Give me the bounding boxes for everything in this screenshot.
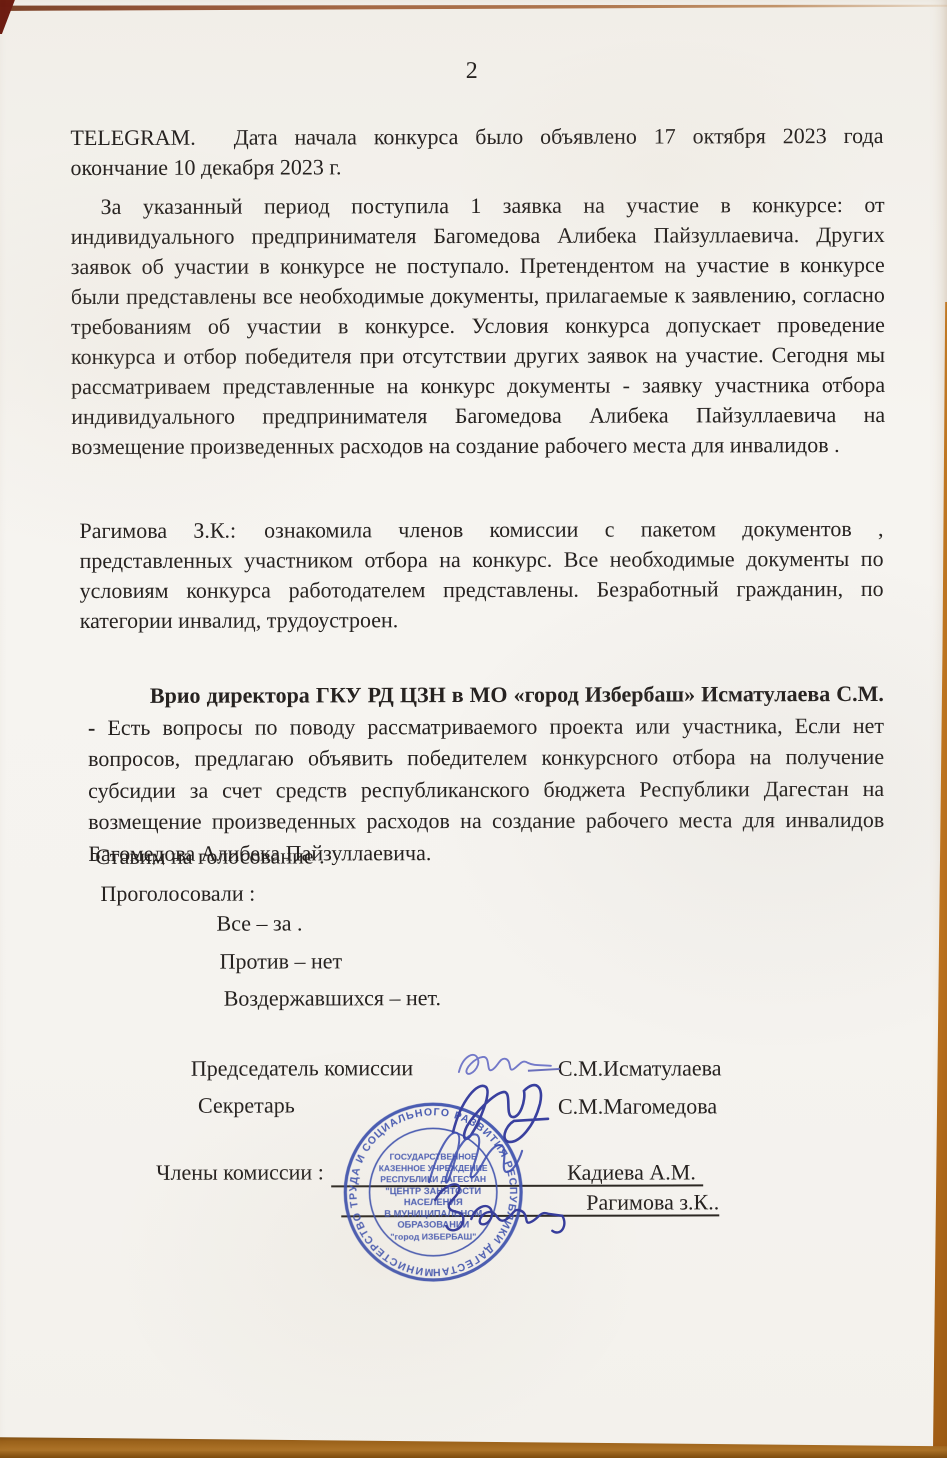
- vote-result-for: Все – за .: [216, 910, 302, 936]
- page-number: 2: [0, 57, 945, 86]
- vote-heading: Проголосовали :: [100, 881, 255, 907]
- chairman-label: Председатель комиссии: [191, 1055, 413, 1082]
- scanned-document-page: 2 TELEGRAM.Дата начала конкурса было объ…: [0, 0, 947, 1458]
- handwritten-signatures: [401, 1029, 742, 1245]
- member2-signature: [435, 1184, 564, 1233]
- chairman-signature: [459, 1055, 551, 1074]
- telegram-label: TELEGRAM.: [70, 125, 195, 150]
- paragraph-director: Врио директора ГКУ РД ЦЗН в МО «город Из…: [88, 678, 884, 869]
- paragraph-director-text: Есть вопросы по поводу рассматриваемого …: [88, 712, 884, 865]
- paragraph-telegram: TELEGRAM.Дата начала конкурса было объяв…: [70, 121, 883, 183]
- members-label: Члены комиссии :: [156, 1159, 324, 1185]
- paragraph-applications: За указанный период поступила 1 заявка н…: [71, 190, 886, 462]
- secretary-label: Секретарь: [198, 1092, 295, 1118]
- member1-signature: [429, 1133, 522, 1183]
- vote-result-abstained: Воздержавшихся – нет.: [224, 985, 441, 1012]
- speaker-name-ragimova: Рагимова З.К.:: [79, 518, 236, 543]
- paragraph-ragimova: Рагимова З.К.:ознакомила членов комиссии…: [79, 514, 883, 636]
- page-content: 2 TELEGRAM.Дата начала конкурса было объ…: [0, 0, 947, 1458]
- secretary-signature: [453, 1085, 548, 1142]
- vote-result-against: Против – нет: [220, 948, 343, 974]
- vote-call-line: Ставим на голосование .: [95, 843, 324, 870]
